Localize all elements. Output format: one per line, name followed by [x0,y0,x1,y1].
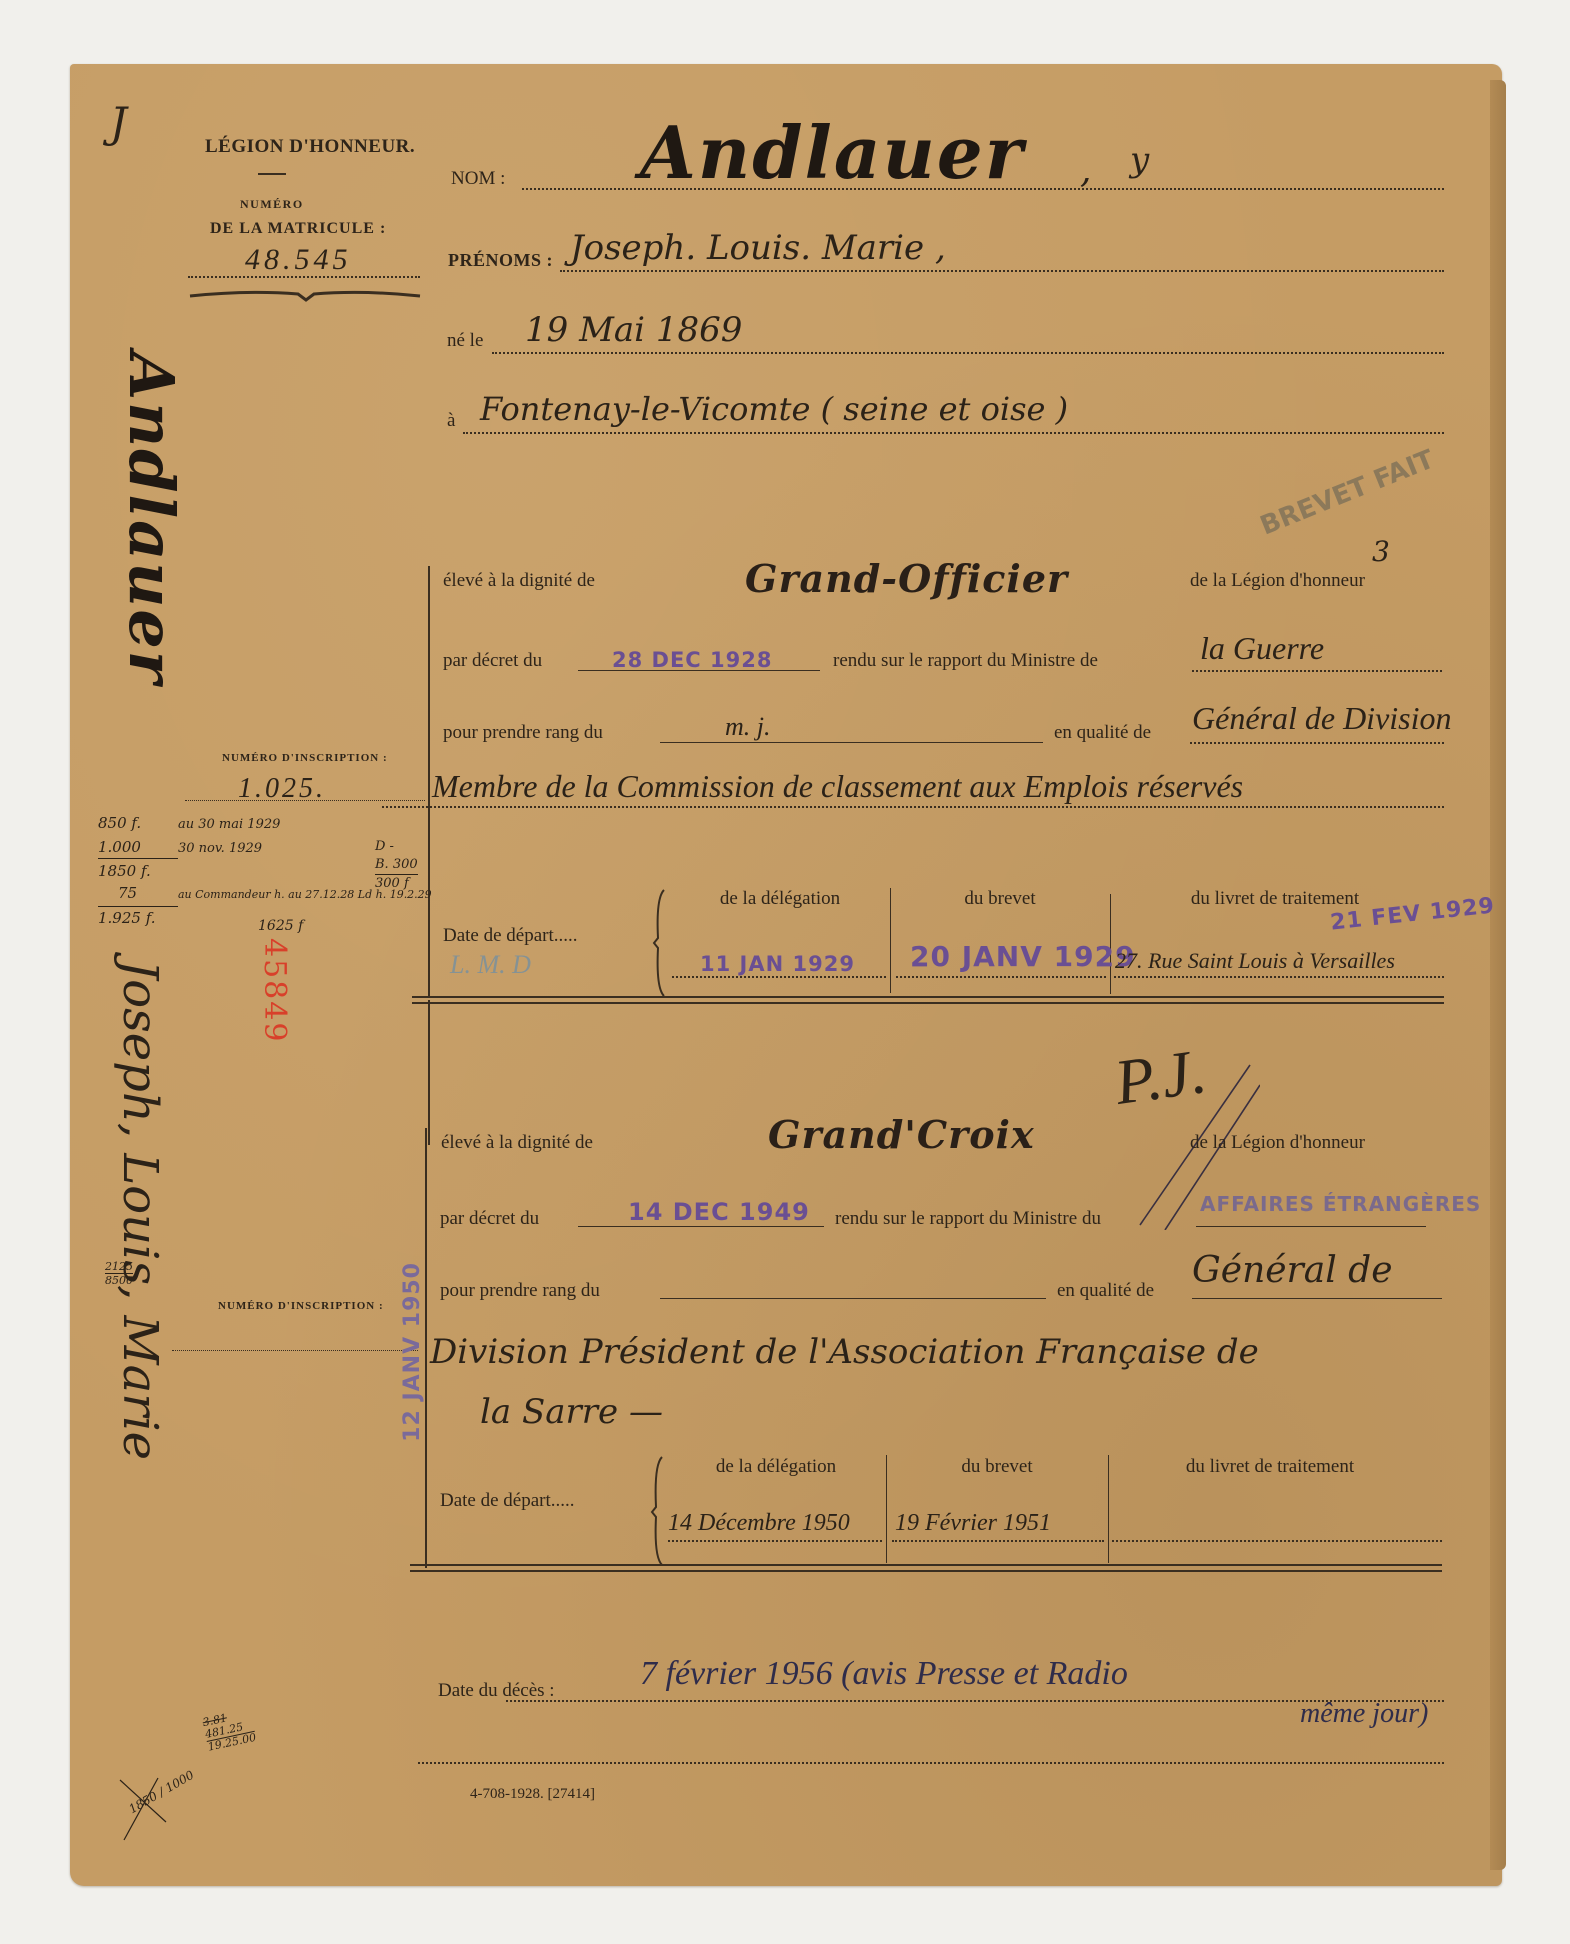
matricule-label-1: NUMÉRO [240,197,304,212]
inscription-line-2 [172,1350,418,1351]
go-brevet-value: 20 JANV 1929 [910,940,1136,973]
go-livret-line [1114,976,1444,978]
gc-brevet-line [892,1540,1104,1542]
gc-decret-line [578,1226,824,1227]
go-decret-label: par décret du [443,650,542,672]
go-rapport-label: rendu sur le rapport du Ministre de [833,650,1098,672]
gc-qualite-line [1192,1298,1442,1299]
gc-rapport-label: rendu sur le rapport du Ministre du [835,1208,1101,1230]
go-ministre-line [1192,670,1442,672]
sum-1625: 1625 f [258,918,303,934]
go-qualite-value: Général de Division [1192,700,1452,737]
inscription-value-1: 1.025. [238,773,326,805]
go-livret-value: 27. Rue Saint Louis à Versailles [1115,948,1395,974]
prenoms-label: PRÉNOMS : [448,250,553,271]
nom-suffix: , [1080,150,1091,191]
go-qualite-line [1190,742,1444,744]
go-rang-value: m. j. [725,712,771,742]
section-divider [428,1000,430,1145]
gc-dignity: Grand'Croix [768,1112,1035,1157]
corner-mark-right: y [1130,140,1149,180]
a-label: à [447,410,455,432]
prenoms-line [560,270,1444,272]
gc-legion-label: de la Légion d'honneur [1190,1132,1365,1154]
deces-value: 7 février 1956 (avis Presse et Radio [640,1655,1128,1693]
ne-le-line [492,352,1444,354]
db-note-2: B. 300 [375,856,418,875]
gc-qualite-label: en qualité de [1057,1280,1154,1302]
red-number-stamp: 45849 [257,938,292,1043]
margin-given-names: Joseph, Louis, Marie [112,960,168,1460]
go-col-delegation: de la délégation [670,888,890,910]
ne-le-label: né le [447,330,483,352]
gc-col-livret: du livret de traitement [1120,1456,1420,1478]
go-eleve-label: élevé à la dignité de [443,570,595,592]
fraction-top: 2125 [105,1260,133,1273]
go-decret-stamp: 28 DEC 1928 [612,648,772,672]
go-col-brevet: du brevet [890,888,1110,910]
go-ministre: la Guerre [1200,630,1324,667]
db-notes: D - B. 300 300 f [375,838,418,893]
a-value: Fontenay-le-Vicomte ( seine et oise ) [480,390,1068,428]
db-note-3: 300 f [375,875,418,893]
calc-row: 850 f.au 30 mai 1929 [98,812,432,836]
gc-col-delegation: de la délégation [666,1456,886,1478]
section-brace-2 [425,1128,427,1568]
title-rule [258,173,286,175]
prenoms-value: Joseph. Louis. Marie , [570,228,946,268]
gc-depart-label: Date de départ..... [440,1490,575,1512]
org-title: LÉGION D'HONNEUR. [205,136,415,158]
ornament-rule [188,288,423,304]
gc-rang-line [660,1298,1046,1299]
gc-eleve-label: élevé à la dignité de [441,1132,593,1154]
go-delegation-value: 11 JAN 1929 [700,952,855,976]
section-brace-1 [428,566,430,996]
deces-value-cont: même jour) [1300,1698,1428,1730]
calc-row: 1.925 f. [98,906,178,929]
go-qualite-cont: Membre de la Commission de classement au… [432,768,1243,805]
gc-col-brevet: du brevet [886,1456,1108,1478]
deces-extra-line [418,1762,1444,1764]
ne-le-value: 19 Mai 1869 [525,310,742,350]
gc-ministre-line [1196,1226,1426,1227]
gc-decret-stamp: 14 DEC 1949 [628,1198,810,1226]
nom-label: NOM : [451,168,505,190]
gc-ministre: AFFAIRES ÉTRANGÈRES [1200,1192,1481,1216]
go-rang-label: pour prendre rang du [443,722,603,744]
margin-surname: Andlauer [115,352,188,685]
go-delegation-line [672,976,886,978]
go-rang-line [660,742,1043,743]
inscription-label-1: NUMÉRO D'INSCRIPTION : [222,752,388,764]
gc-brevet-value: 19 Février 1951 [895,1510,1051,1537]
db-note-1: D - [375,838,418,856]
gc-qualite-cont-1: Division Président de l'Association Fran… [430,1332,1259,1372]
go-depart-label: Date de départ..... [443,925,578,947]
gc-col-divider-2 [1108,1455,1109,1563]
bottom-cross-strokes [118,1776,168,1842]
go-depart-note: L. M. D [450,950,531,980]
gc-qualite-value: Général de [1192,1250,1393,1291]
matricule-line [188,276,420,278]
matricule-label-2: DE LA MATRICULE : [210,220,386,238]
a-line [463,432,1444,434]
go-dignity: Grand-Officier [745,556,1068,601]
gc-qualite-cont-2: la Sarre — [480,1392,663,1432]
fraction-bottom: 8500 [105,1273,133,1287]
gc-livret-line [1112,1540,1442,1542]
janv-1950-stamp: 12 JANV 1950 [400,1262,425,1442]
annotation-mark: 3 [1372,535,1390,568]
go-table-brace [652,888,668,998]
gc-delegation-value: 14 Décembre 1950 [668,1510,850,1537]
sheet-edge [1490,80,1506,1870]
gc-decret-label: par décret du [440,1208,539,1230]
go-section-rule [412,996,1444,1004]
print-reference: 4-708-1928. [27414] [470,1786,595,1803]
gc-delegation-line [668,1540,882,1542]
inscription-label-2: NUMÉRO D'INSCRIPTION : [218,1300,384,1312]
nom-value: Andlauer [640,110,1025,195]
go-brevet-line [896,976,1106,978]
corner-mark: J [110,98,127,147]
go-qualite-label: en qualité de [1054,722,1151,744]
gc-rang-label: pour prendre rang du [440,1280,600,1302]
gc-table-brace [650,1455,666,1567]
go-legion-label: de la Légion d'honneur [1190,570,1365,592]
matricule-value: 48.545 [245,243,352,277]
gc-section-rule [410,1564,1442,1572]
margin-fraction: 2125 8500 [105,1260,133,1287]
go-qualite-cont-line [382,806,1444,808]
deces-label: Date du décès : [438,1680,555,1702]
